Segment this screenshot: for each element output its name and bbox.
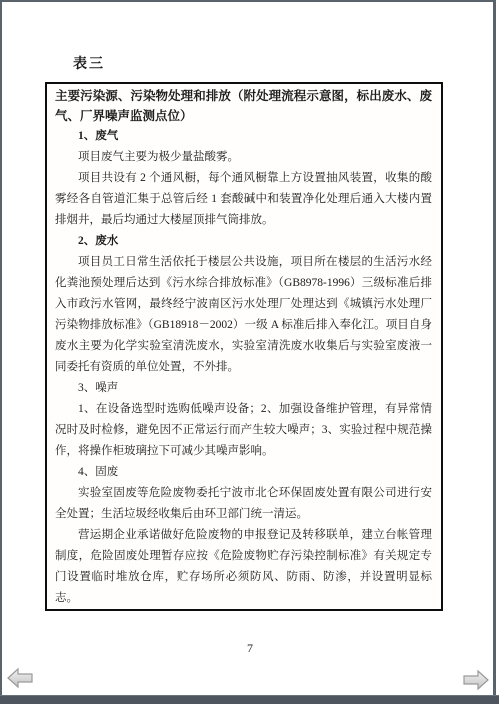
- section-heading-noise: 3、噪声: [55, 378, 432, 399]
- viewer-bottom-bar: [0, 695, 499, 704]
- paragraph: 项目废气主要为极少量盐酸雾。: [55, 147, 432, 168]
- page-left-border: [0, 0, 2, 695]
- table-header-title: 主要污染源、污染物处理和排放（附处理流程示意图，标出废水、废气、厂界噪声监测点位…: [55, 86, 432, 126]
- arrow-left-icon: [6, 666, 34, 692]
- page-number: 7: [200, 641, 300, 656]
- next-page-button[interactable]: [462, 668, 490, 694]
- page-right-border: [493, 0, 496, 695]
- section-waste-gas: 1、废气 项目废气主要为极少量盐酸雾。 项目共设有 2 个通风橱，每个通风橱靠上…: [55, 126, 432, 231]
- prev-page-button[interactable]: [6, 666, 34, 692]
- page-top-border: [0, 0, 496, 2]
- paragraph: 营运期企业承诺做好危险废物的申报登记及转移联单，建立台帐管理制度，危险固废处理暂…: [55, 525, 432, 609]
- paragraph: 实验室固废等危险废物委托宁波市北仑环保固废处置有限公司进行安全处置；生活垃圾经收…: [55, 483, 432, 525]
- paragraph: 项目共设有 2 个通风橱，每个通风橱靠上方设置抽风装置，收集的酸雾经各自管道汇集…: [55, 168, 432, 231]
- section-heading-solid-waste: 4、固废: [55, 462, 432, 483]
- section-noise: 3、噪声 1、在设备选型时选购低噪声设备；2、加强设备维护管理，有异常情况时及时…: [55, 378, 432, 462]
- arrow-right-icon: [462, 668, 490, 694]
- paragraph: 1、在设备选型时选购低噪声设备；2、加强设备维护管理，有异常情况时及时检修，避免…: [55, 399, 432, 462]
- section-solid-waste: 4、固废 实验室固废等危险废物委托宁波市北仑环保固废处置有限公司进行安全处置；生…: [55, 462, 432, 609]
- paragraph: 项目员工日常生活依托于楼层公共设施，项目所在楼层的生活污水经化粪池预处理后达到《…: [55, 252, 432, 378]
- table-caption: 表三: [73, 53, 105, 73]
- section-heading-waste-water: 2、废水: [55, 231, 432, 252]
- section-waste-water: 2、废水 项目员工日常生活依托于楼层公共设施，项目所在楼层的生活污水经化粪池预处…: [55, 231, 432, 378]
- section-heading-waste-gas: 1、废气: [55, 126, 432, 147]
- pollution-sources-table: 主要污染源、污染物处理和排放（附处理流程示意图，标出废水、废气、厂界噪声监测点位…: [45, 82, 443, 611]
- document-viewer: 表三 主要污染源、污染物处理和排放（附处理流程示意图，标出废水、废气、厂界噪声监…: [0, 0, 499, 704]
